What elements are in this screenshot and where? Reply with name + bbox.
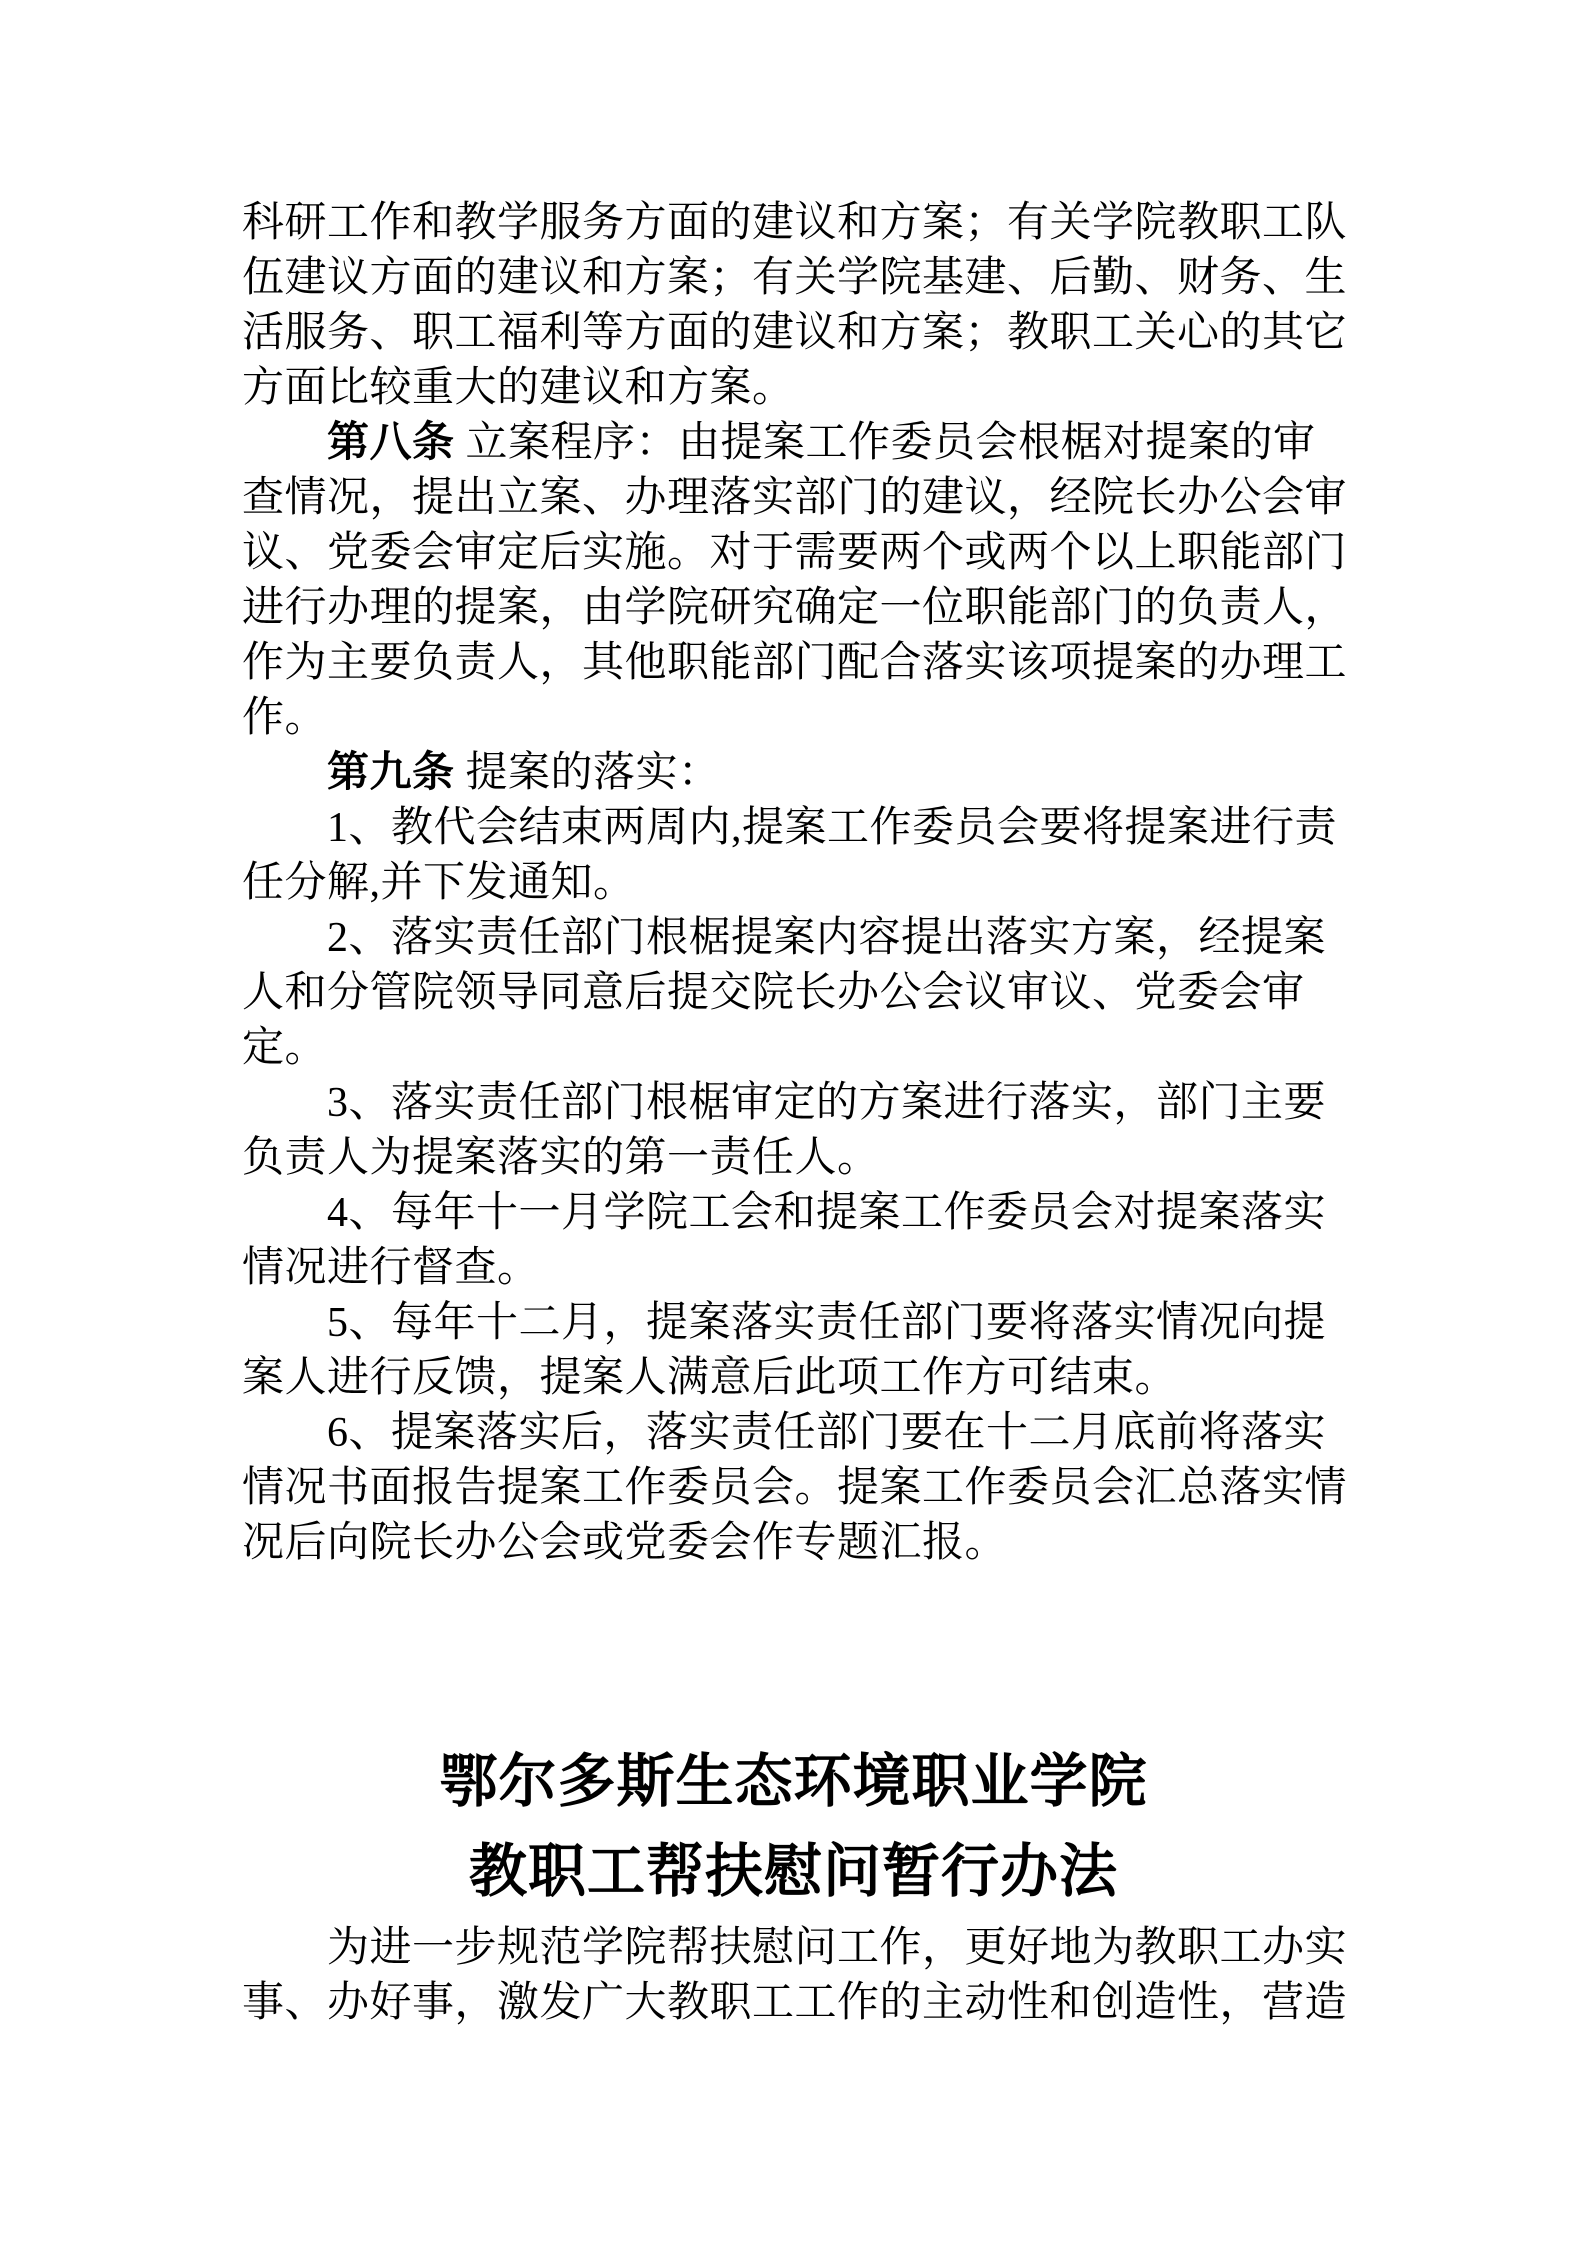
line-text: 情况书面报告提案工作委员会。提案工作委员会汇总落实情: [242, 1465, 1347, 1511]
text-line: 4、每年十一月学院工会和提案工作委员会对提案落实: [242, 1186, 1352, 1241]
text-line: 第八条 立案程序：由提案工作委员会根椐对提案的审: [242, 416, 1352, 471]
text-line: 议、党委会审定后实施。对于需要两个或两个以上职能部门: [242, 526, 1352, 581]
text-line: 3、落实责任部门根椐审定的方案进行落实，部门主要: [242, 1076, 1352, 1131]
line-text: 查情况，提出立案、办理落实部门的建议，经院长办公会审: [242, 475, 1347, 521]
line-text: 2、落实责任部门根椐提案内容提出落实方案，经提案: [327, 915, 1326, 961]
text-line: 定。: [242, 1021, 1352, 1076]
text-line: 作。: [242, 691, 1352, 746]
section-heading: 鄂尔多斯生态环境职业学院 教职工帮扶慰问暂行办法: [242, 1737, 1345, 1917]
text-line: 5、每年十二月，提案落实责任部门要将落实情况向提: [242, 1296, 1352, 1351]
line-text: 方面比较重大的建议和方案。: [242, 365, 795, 411]
text-line: 活服务、职工福利等方面的建议和方案；教职工关心的其它: [242, 306, 1352, 361]
text-line: 事、办好事，激发广大教职工工作的主动性和创造性，营造: [242, 1976, 1352, 2031]
text-line: 况后向院长办公会或党委会作专题汇报。: [242, 1516, 1352, 1571]
line-text: 4、每年十一月学院工会和提案工作委员会对提案落实: [327, 1190, 1326, 1236]
text-line: 6、提案落实后，落实责任部门要在十二月底前将落实: [242, 1406, 1352, 1461]
text-line: 负责人为提案落实的第一责任人。: [242, 1131, 1352, 1186]
line-text: 立案程序：由提案工作委员会根椐对提案的审: [455, 420, 1316, 466]
line-text: 议、党委会审定后实施。对于需要两个或两个以上职能部门: [242, 530, 1347, 576]
line-text: 定。: [242, 1025, 327, 1071]
line-text: 进行办理的提案，由学院研究确定一位职能部门的负责人，: [242, 585, 1347, 631]
text-line: 查情况，提出立案、办理落实部门的建议，经院长办公会审: [242, 471, 1352, 526]
line-text: 人和分管院领导同意后提交院长办公会议审议、党委会审: [242, 970, 1305, 1016]
text-line: 任分解,并下发通知。: [242, 856, 1352, 911]
line-text: 事、办好事，激发广大教职工工作的主动性和创造性，营造: [242, 1980, 1347, 2026]
line-text: 作为主要负责人，其他职能部门配合落实该项提案的办理工: [242, 640, 1347, 686]
article-number-lead: 第九条: [327, 750, 455, 796]
line-text: 3、落实责任部门根椐审定的方案进行落实，部门主要: [327, 1080, 1326, 1126]
text-line: 第九条 提案的落实：: [242, 746, 1352, 801]
line-text: 任分解,并下发通知。: [242, 860, 636, 906]
line-text: 提案的落实：: [455, 750, 721, 796]
document-page: 科研工作和教学服务方面的建议和方案；有关学院教职工队伍建议方面的建议和方案；有关…: [0, 0, 1587, 2245]
text-line: 案人进行反馈，提案人满意后此项工作方可结束。: [242, 1351, 1352, 1406]
line-text: 案人进行反馈，提案人满意后此项工作方可结束。: [242, 1355, 1177, 1401]
text-line: 情况进行督查。: [242, 1241, 1352, 1296]
line-text: 为进一步规范学院帮扶慰问工作，更好地为教职工办实: [327, 1925, 1347, 1971]
text-line: 科研工作和教学服务方面的建议和方案；有关学院教职工队: [242, 196, 1352, 251]
line-text: 科研工作和教学服务方面的建议和方案；有关学院教职工队: [242, 200, 1347, 246]
line-text: 负责人为提案落实的第一责任人。: [242, 1135, 880, 1181]
text-line: 伍建议方面的建议和方案；有关学院基建、后勤、财务、生: [242, 251, 1352, 306]
section-heading-line-1: 鄂尔多斯生态环境职业学院: [242, 1737, 1345, 1827]
line-text: 5、每年十二月，提案落实责任部门要将落实情况向提: [327, 1300, 1326, 1346]
line-text: 6、提案落实后，落实责任部门要在十二月底前将落实: [327, 1410, 1326, 1456]
line-text: 活服务、职工福利等方面的建议和方案；教职工关心的其它: [242, 310, 1347, 356]
line-text: 况后向院长办公会或党委会作专题汇报。: [242, 1520, 1007, 1566]
text-line: 人和分管院领导同意后提交院长办公会议审议、党委会审: [242, 966, 1352, 1021]
intro-paragraph-block: 为进一步规范学院帮扶慰问工作，更好地为教职工办实事、办好事，激发广大教职工工作的…: [242, 1921, 1352, 2031]
article-number-lead: 第八条: [327, 420, 455, 466]
section-heading-line-2: 教职工帮扶慰问暂行办法: [242, 1827, 1345, 1917]
text-line: 作为主要负责人，其他职能部门配合落实该项提案的办理工: [242, 636, 1352, 691]
text-line: 为进一步规范学院帮扶慰问工作，更好地为教职工办实: [242, 1921, 1352, 1976]
line-text: 情况进行督查。: [242, 1245, 540, 1291]
text-line: 情况书面报告提案工作委员会。提案工作委员会汇总落实情: [242, 1461, 1352, 1516]
text-line: 进行办理的提案，由学院研究确定一位职能部门的负责人，: [242, 581, 1352, 636]
line-text: 作。: [242, 695, 327, 741]
policy-text-block: 科研工作和教学服务方面的建议和方案；有关学院教职工队伍建议方面的建议和方案；有关…: [242, 196, 1352, 1571]
line-text: 伍建议方面的建议和方案；有关学院基建、后勤、财务、生: [242, 255, 1347, 301]
text-line: 1、教代会结束两周内,提案工作委员会要将提案进行责: [242, 801, 1352, 856]
line-text: 1、教代会结束两周内,提案工作委员会要将提案进行责: [327, 805, 1337, 851]
text-line: 2、落实责任部门根椐提案内容提出落实方案，经提案: [242, 911, 1352, 966]
text-line: 方面比较重大的建议和方案。: [242, 361, 1352, 416]
